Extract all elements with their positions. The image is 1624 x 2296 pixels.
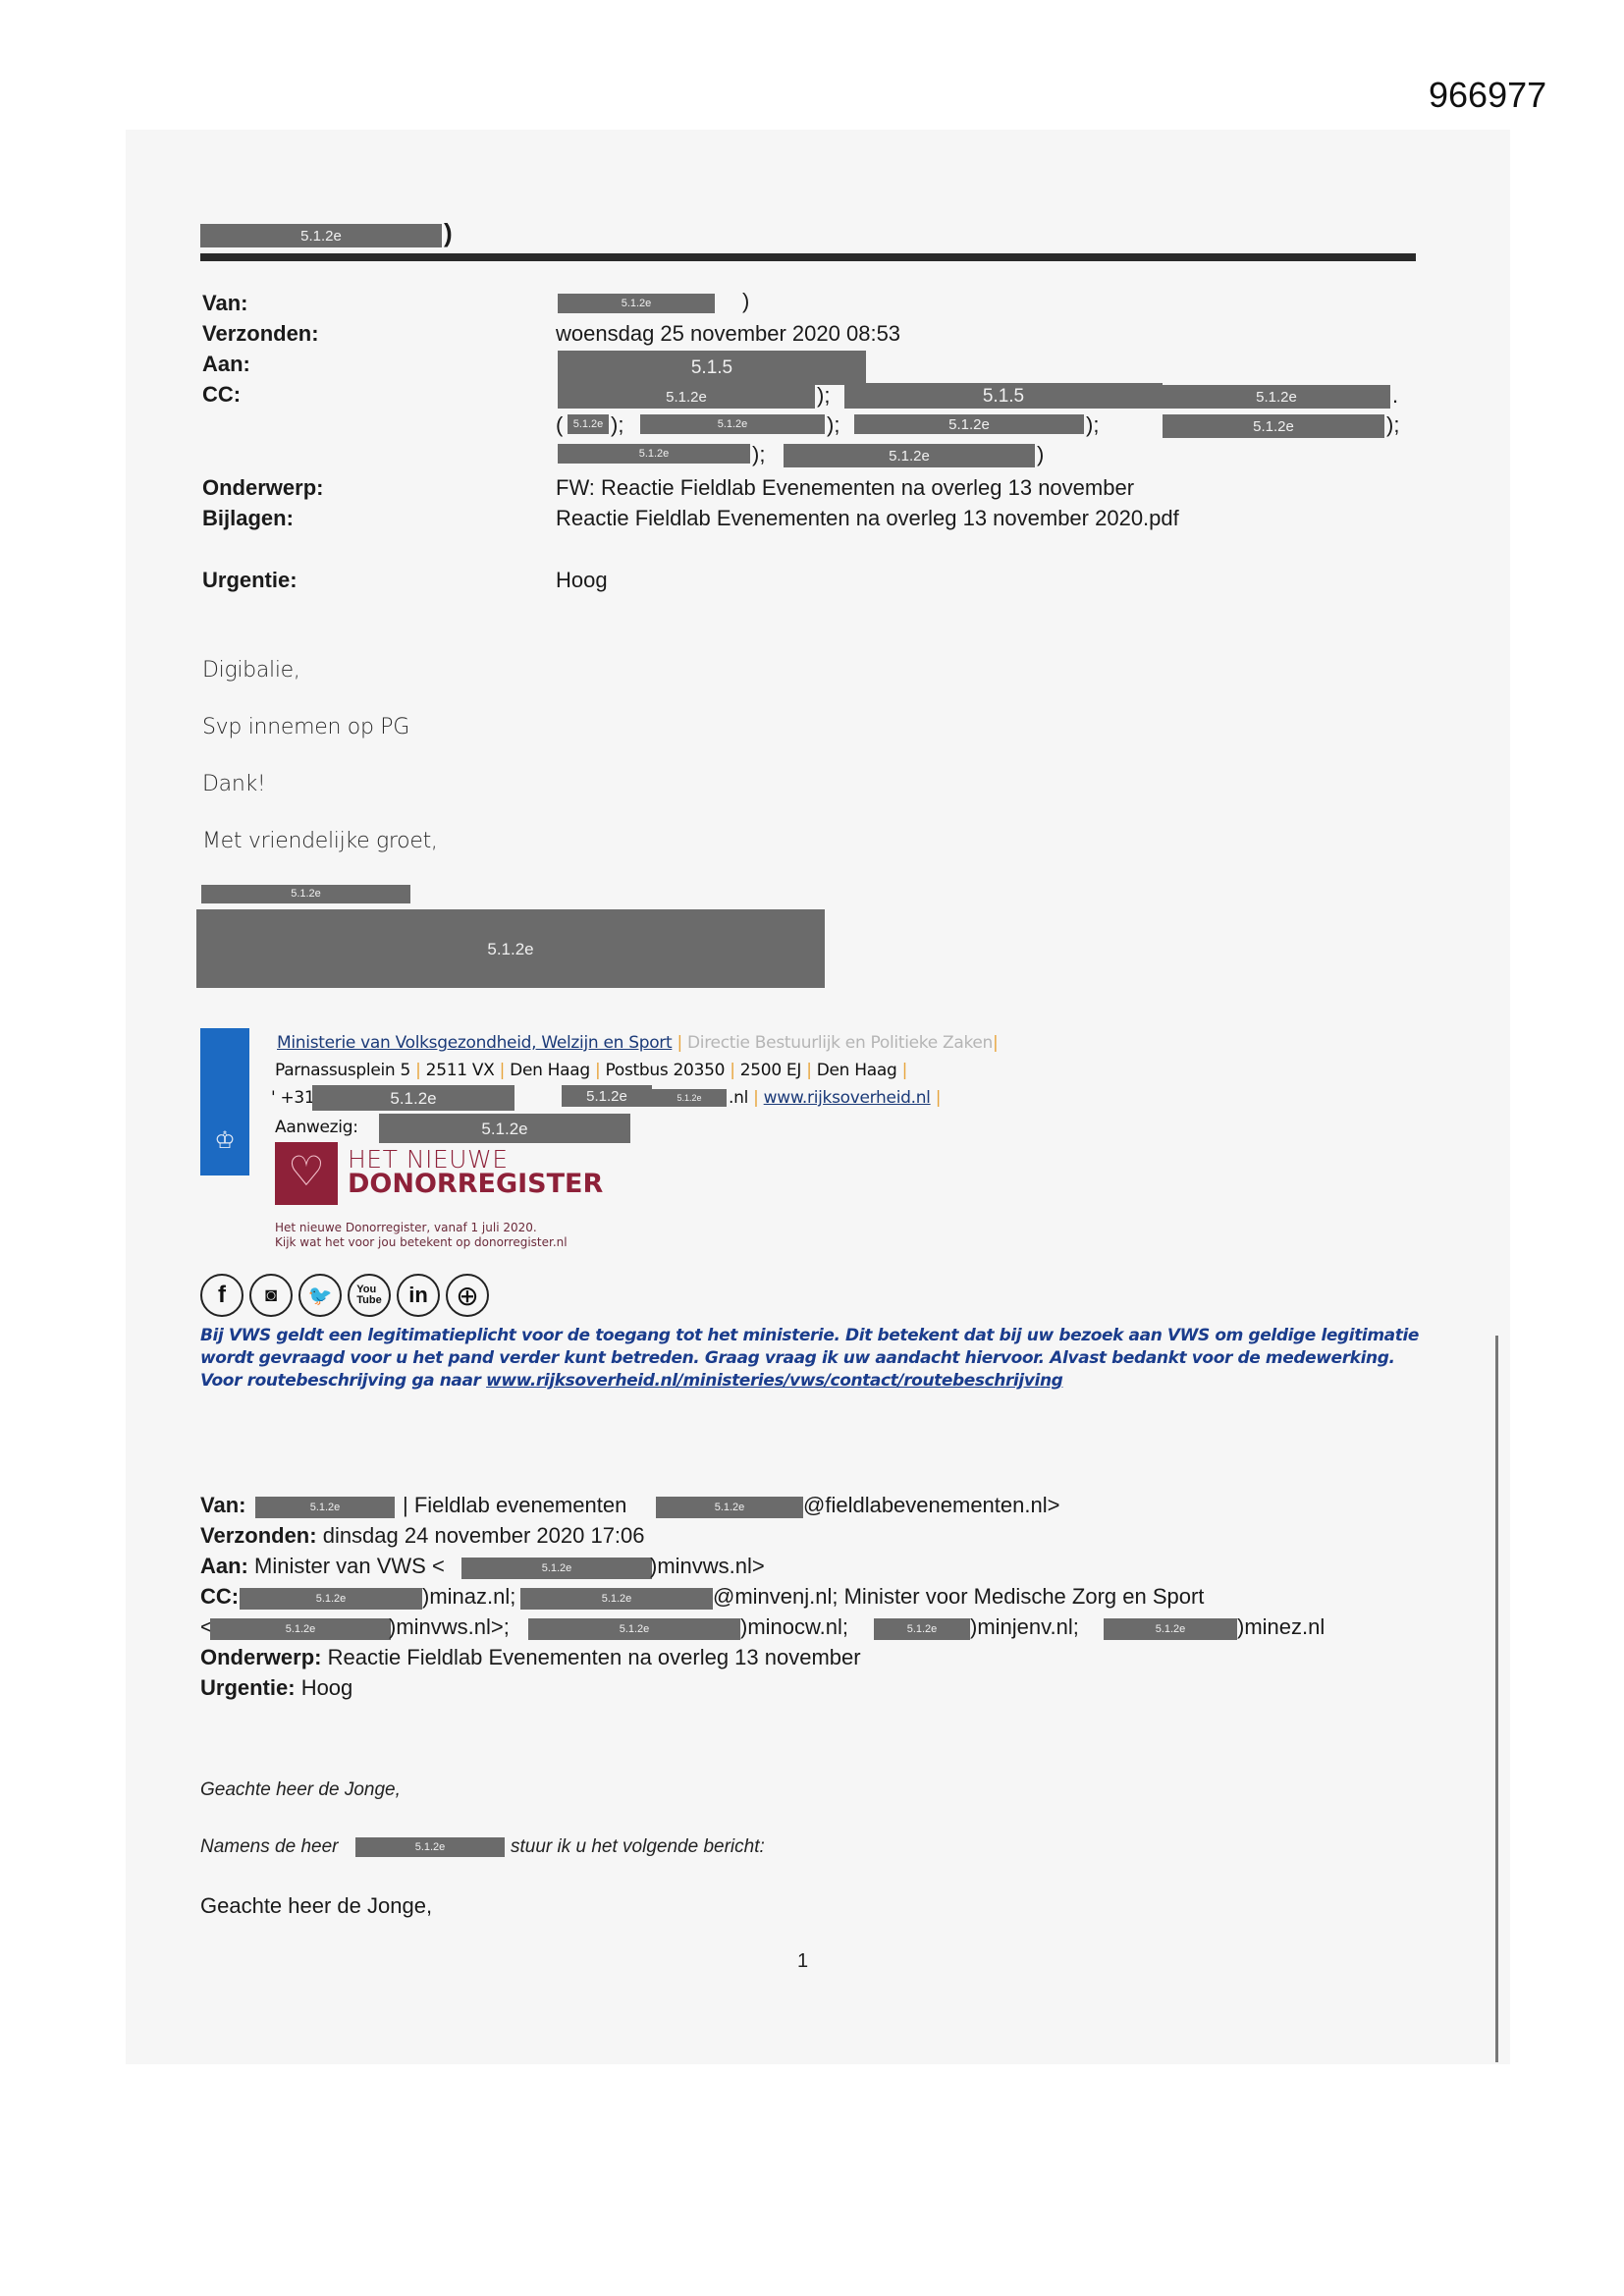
fw-from-org: | Fieldlab evenementen	[403, 1493, 626, 1518]
redaction-box: 5.1.2e	[210, 1618, 391, 1640]
separator: );	[827, 412, 839, 438]
notice-line: Voor routebeschrijving ga naar www.rijks…	[200, 1371, 1062, 1391]
redaction-box: 5.1.2e	[200, 224, 442, 247]
document-number: 966977	[1429, 75, 1546, 116]
instagram-icon[interactable]: ◙	[249, 1274, 293, 1317]
fw-cc-label: CC:	[200, 1584, 239, 1610]
fw-to-domain: )minvws.nl>	[650, 1554, 765, 1579]
label-attachments: Bijlagen:	[202, 506, 294, 531]
heart-icon: ♡	[285, 1150, 328, 1193]
separator: )	[1037, 442, 1044, 467]
fw-behalf-prefix: Namens de heer	[200, 1836, 338, 1858]
rijksoverheid-logo: ♔	[200, 1028, 249, 1175]
body-line: Svp innemen op PG	[202, 715, 409, 739]
fw-from-domain: @fieldlabevenementen.nl>	[803, 1493, 1059, 1518]
body-greeting: Digibalie,	[202, 658, 300, 683]
page-edge-line	[1495, 1336, 1498, 2062]
separator: (	[556, 412, 563, 438]
globe-icon[interactable]: ⊕	[446, 1274, 489, 1317]
signature-line-1: Ministerie van Volksgezondheid, Welzijn …	[277, 1033, 998, 1053]
phone-prefix: ' +31	[271, 1088, 314, 1108]
separator: );	[817, 383, 830, 409]
fw-subject: Onderwerp: Reactie Fieldlab Evenementen …	[200, 1645, 861, 1670]
from-suffix: )	[742, 289, 749, 314]
fw-body-greeting-italic: Geachte heer de Jonge,	[200, 1779, 401, 1801]
fw-cc-part: )minvws.nl>;	[389, 1614, 510, 1640]
fw-cc-part: )minjenv.nl;	[970, 1614, 1079, 1640]
redaction-box: 5.1.2e	[656, 1497, 803, 1518]
label-cc: CC:	[202, 382, 241, 408]
redaction-box: 5.1.2e	[1163, 414, 1384, 438]
fw-cc-part: @minvenj.nl; Minister voor Medische Zorg…	[713, 1584, 1204, 1610]
redaction-box: 5.1.2e	[196, 909, 825, 988]
fw-to: Aan: Minister van VWS <	[200, 1554, 445, 1579]
redaction-box: 5.1.2e	[528, 1618, 740, 1640]
redaction-box: 5.1.2e	[240, 1588, 422, 1610]
subject-value: FW: Reactie Fieldlab Evenementen na over…	[556, 475, 1134, 501]
attachment-link[interactable]: Reactie Fieldlab Evenementen na overleg …	[556, 506, 1179, 531]
fw-cc-part: )minaz.nl;	[422, 1584, 515, 1610]
importance-value: Hoog	[556, 568, 608, 593]
redaction-box: 5.1.2e	[652, 1089, 727, 1107]
fw-cc-part: )minocw.nl;	[740, 1614, 848, 1640]
label-sent: Verzonden:	[202, 321, 319, 347]
fw-behalf-suffix: stuur ik u het volgende bericht:	[511, 1836, 765, 1858]
fw-sent: Verzonden: dinsdag 24 november 2020 17:0…	[200, 1523, 645, 1549]
redaction-box: 5.1.2e	[312, 1085, 514, 1111]
redaction-box: 5.1.2e	[784, 444, 1035, 467]
redaction-box: 5.1.2e	[558, 444, 750, 464]
donor-subtext: Het nieuwe Donorregister, vanaf 1 juli 2…	[275, 1221, 537, 1234]
redaction-box: 5.1.2e	[640, 414, 825, 434]
sent-value: woensdag 25 november 2020 08:53	[556, 321, 900, 347]
fw-from: Van:	[200, 1493, 245, 1518]
fw-cc-part: )minez.nl	[1237, 1614, 1325, 1640]
redaction-box: 5.1.2e	[355, 1837, 505, 1857]
redaction-box: 5.1.2e	[568, 414, 609, 434]
redaction-box: 5.1.2e	[854, 414, 1084, 434]
donorregister-logo: ♡	[275, 1142, 338, 1205]
header-suffix: )	[444, 218, 453, 248]
youtube-icon[interactable]: YouTube	[348, 1274, 391, 1317]
page-number: 1	[797, 1950, 808, 1973]
redaction-box: 5.1.2e	[201, 885, 410, 903]
linkedin-icon[interactable]: in	[397, 1274, 440, 1317]
separator: );	[1086, 412, 1099, 438]
signature-address: Parnassusplein 5 | 2511 VX | Den Haag | …	[275, 1061, 907, 1080]
facebook-icon[interactable]: f	[200, 1274, 244, 1317]
fw-body-greeting: Geachte heer de Jonge,	[200, 1893, 432, 1919]
label-to: Aan:	[202, 352, 250, 377]
redaction-box: 5.1.2e	[558, 294, 715, 313]
redaction-box: 5.1.2e	[379, 1114, 630, 1143]
notice-line: wordt gevraagd voor u het pand verder ku…	[200, 1348, 1395, 1368]
website-link[interactable]: www.rijksoverheid.nl	[764, 1088, 931, 1108]
redaction-box: 5.1.2e	[558, 385, 815, 409]
body-line: Dank!	[202, 772, 265, 796]
redaction-box: 5.1.2e	[255, 1497, 395, 1518]
redaction-box: 5.1.2e	[520, 1588, 713, 1610]
separator: );	[752, 442, 765, 467]
crest-icon: ♔	[208, 1126, 242, 1156]
redaction-box: 5.1.2e	[1163, 385, 1390, 409]
redaction-box: 5.1.5	[844, 383, 1163, 409]
label-from: Van:	[202, 291, 247, 316]
label-importance: Urgentie:	[202, 568, 298, 593]
route-link[interactable]: www.rijksoverheid.nl/ministeries/vws/con…	[486, 1371, 1062, 1391]
notice-line: Bij VWS geldt een legitimatieplicht voor…	[200, 1326, 1419, 1345]
separator: .	[1392, 383, 1398, 409]
separator: );	[1386, 412, 1399, 438]
body-closing: Met vriendelijke groet,	[202, 829, 438, 853]
signature-contact: .nl | www.rijksoverheid.nl |	[729, 1088, 941, 1108]
redaction-box: 5.1.2e	[1104, 1618, 1237, 1640]
ministry-link[interactable]: Ministerie van Volksgezondheid, Welzijn …	[277, 1033, 672, 1053]
redaction-box: 5.1.2e	[874, 1618, 970, 1640]
directorate: Directie Bestuurlijk en Politieke Zaken	[687, 1033, 993, 1053]
donor-subtext: Kijk wat het voor jou betekent op donorr…	[275, 1235, 568, 1249]
twitter-icon[interactable]: 🐦	[298, 1274, 342, 1317]
donor-title: DONORREGISTER	[348, 1169, 603, 1199]
redaction-box: 5.1.2e	[562, 1085, 652, 1107]
present-label: Aanwezig:	[275, 1118, 358, 1137]
redaction-box: 5.1.5	[558, 351, 866, 385]
label-subject: Onderwerp:	[202, 475, 323, 501]
fw-importance: Urgentie: Hoog	[200, 1675, 352, 1701]
header-rule	[200, 253, 1416, 261]
redaction-box: 5.1.2e	[461, 1558, 652, 1579]
separator: );	[611, 412, 623, 438]
